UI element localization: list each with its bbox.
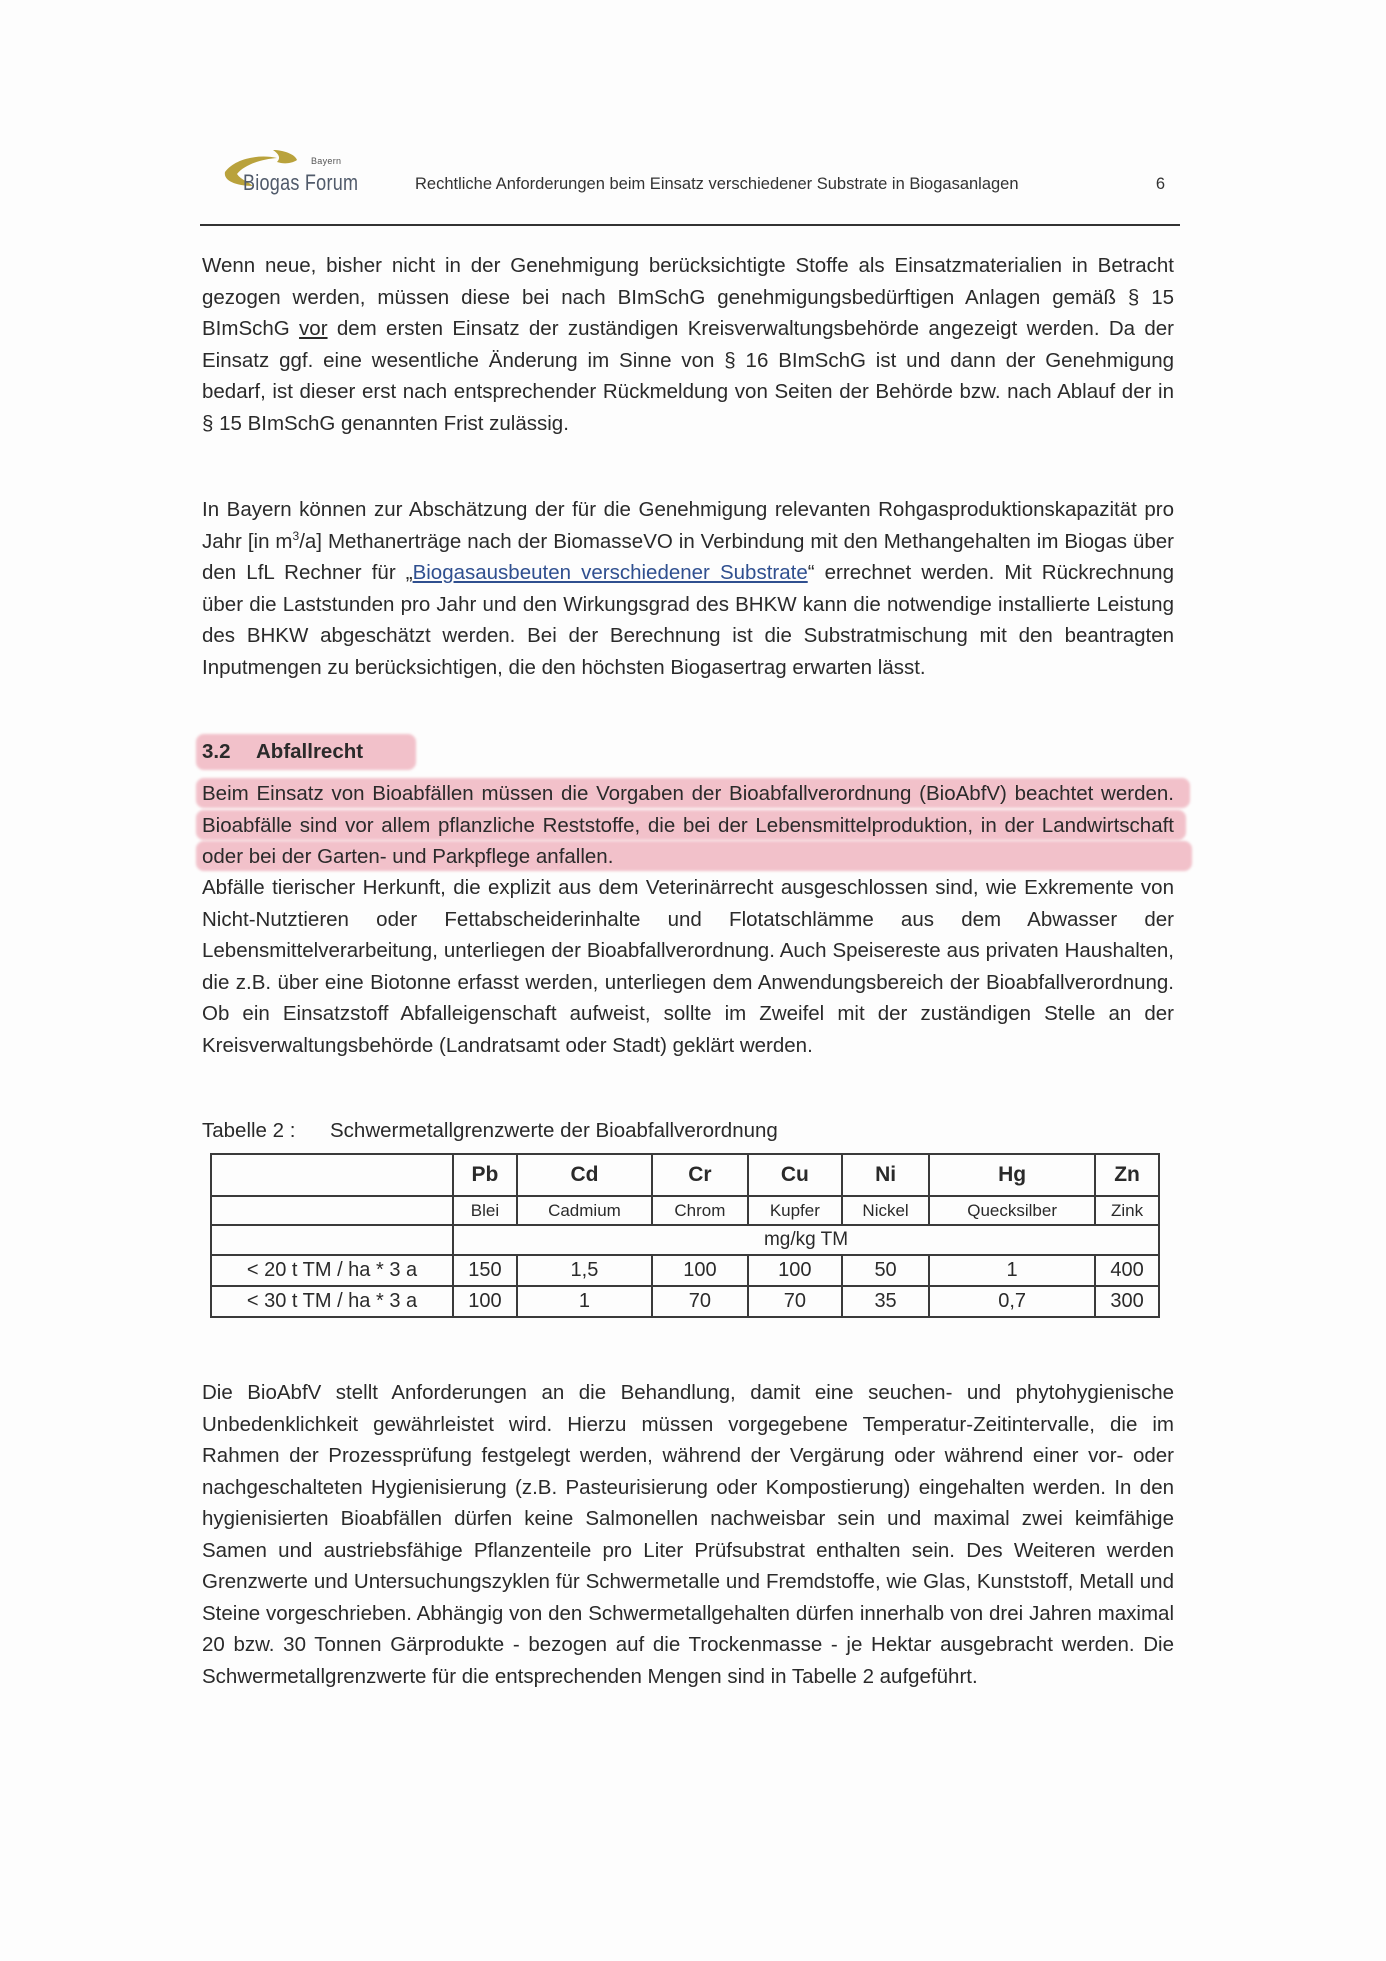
underlined-word: vor: [299, 317, 327, 340]
logo-region: Bayern: [311, 156, 341, 166]
table-row-symbols: Pb Cd Cr Cu Ni Hg Zn: [211, 1154, 1159, 1196]
paragraph-genehmigung: Wenn neue, bisher nicht in der Genehmigu…: [202, 250, 1174, 439]
paragraph-bioabfaelle: Beim Einsatz von Bioabfällen müssen die …: [202, 778, 1174, 873]
section-heading: 3.2Abfallrecht: [202, 736, 1174, 768]
paragraph-bayern: In Bayern können zur Abschätzung der für…: [202, 494, 1174, 683]
table-row: < 30 t TM / ha * 3 a 100 1 70 70 35 0,7 …: [211, 1286, 1159, 1317]
heavy-metal-limits-table: Pb Cd Cr Cu Ni Hg Zn Blei Cadmium Chrom …: [210, 1153, 1160, 1318]
paragraph-bioabfv-anforderungen: Die BioAbfV stellt Anforderungen an die …: [202, 1377, 1174, 1692]
header-divider: [200, 224, 1180, 226]
page-header: Bayern Biogas Forum Rechtliche Anforderu…: [215, 148, 1165, 196]
page-number: 6: [1156, 175, 1165, 194]
paragraph-tierische-abfaelle: Abfälle tierischer Herkunft, die explizi…: [202, 872, 1174, 1061]
lfl-calculator-link[interactable]: Biogasausbeuten verschiedener Substrate: [413, 561, 808, 584]
table-row: < 20 t TM / ha * 3 a 150 1,5 100 100 50 …: [211, 1255, 1159, 1286]
table-row-unit: mg/kg TM: [211, 1225, 1159, 1255]
logo-name: Biogas Forum: [243, 170, 358, 196]
table-row-names: Blei Cadmium Chrom Kupfer Nickel Quecksi…: [211, 1196, 1159, 1225]
table-caption: Tabelle 2 :Schwermetallgrenzwerte der Bi…: [202, 1115, 1174, 1147]
document-title: Rechtliche Anforderungen beim Einsatz ve…: [415, 175, 1019, 194]
biogas-forum-logo: Bayern Biogas Forum: [215, 148, 395, 196]
